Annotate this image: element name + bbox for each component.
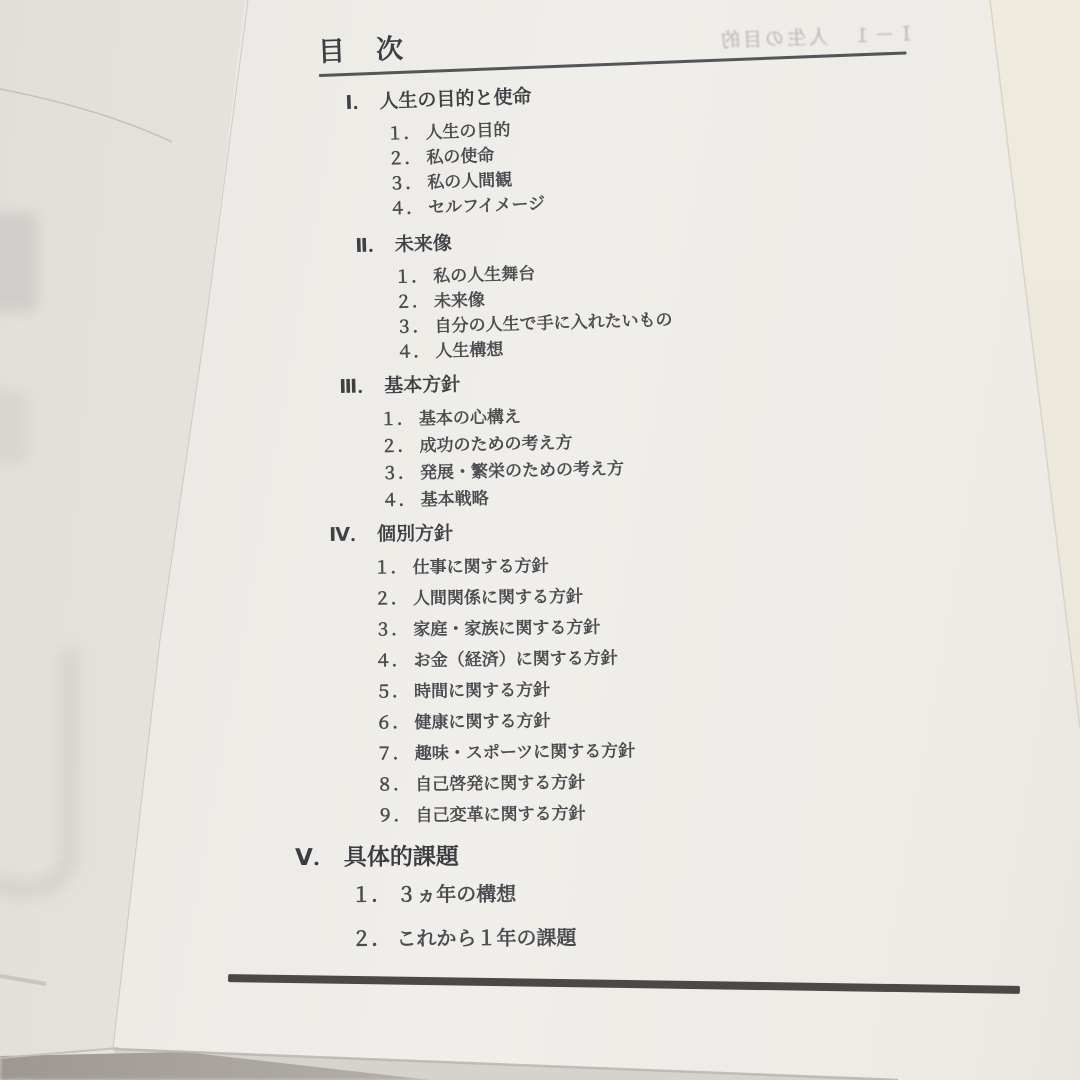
section-items: １．私の人生舞台２．未来像３．自分の人生で手に入れたいもの４．人生構想	[394, 250, 969, 364]
bottom-rule	[228, 974, 1020, 994]
toc-section-3: Ⅲ．基本方針 １．基本の心構え２．成功のための考え方３．発展・繁栄のための考え方…	[339, 362, 968, 513]
toc-item-label: 自己啓発に関する方針	[415, 773, 585, 794]
toc-item-label: 基本戦略	[420, 489, 488, 509]
toc-item: １．３ヵ年の構想	[351, 878, 965, 909]
toc-item-number: １．	[394, 267, 429, 287]
toc-item-label: 自己変革に関する方針	[415, 804, 585, 825]
section-title: 基本方針	[384, 374, 460, 397]
toc-item: ６．健康に関する方針	[375, 704, 967, 734]
toc-item-number: ２．	[351, 928, 391, 950]
section-title: 具体的課題	[344, 843, 459, 870]
toc-item-label: 時間に関する方針	[414, 680, 550, 701]
toc-item-number: １．	[386, 123, 421, 143]
toc-item-label: 人生の目的	[425, 120, 511, 142]
toc-item-label: お金（経済）に関する方針	[414, 648, 618, 669]
section-numeral: Ⅳ．	[329, 525, 369, 546]
toc-item: ４．お金（経済）に関する方針	[375, 642, 967, 672]
toc-item: ５．時間に関する方針	[375, 673, 967, 703]
toc-item-number: ２．	[387, 148, 422, 168]
toc-item: ３．家庭・家族に関する方針	[374, 611, 966, 641]
toc-item-number: ３．	[374, 620, 408, 639]
toc-item-label: 成功のための考え方	[419, 433, 572, 455]
section-items: １．３ヵ年の構想２．これから１年の課題	[351, 878, 965, 953]
toc-item-number: ４．	[396, 342, 431, 362]
toc-section-5: Ⅴ．具体的課題 １．３ヵ年の構想２．これから１年の課題	[295, 838, 966, 954]
toc-item-label: 自分の人生で手に入れたいもの	[434, 310, 672, 336]
toc-item-label: 未来像	[434, 290, 486, 310]
toc-item-number: １．	[380, 409, 414, 429]
section-title: 未来像	[395, 233, 453, 256]
toc-item-number: １．	[351, 884, 391, 906]
section-numeral: Ⅴ．	[295, 844, 336, 870]
page-title: 目 次	[317, 11, 908, 70]
toc-item-label: 発展・繁栄のための考え方	[420, 459, 624, 482]
section-title: 個別方針	[377, 523, 453, 545]
section-items: １．基本の心構え２．成功のための考え方３．発展・繁栄のための考え方４．基本戦略	[380, 396, 968, 512]
section-title: 人生の目的と使命	[379, 87, 532, 113]
toc-item-label: 健康に関する方針	[414, 711, 550, 732]
toc-item-label: 私の人間観	[427, 170, 513, 192]
toc-item-number: ３．	[381, 463, 415, 483]
photo-scene: Ｉ－１ 人生の目的 目 次 Ⅰ．人生の目的と使命 １．人生の目的２．私の使命３．…	[0, 0, 1080, 1080]
bleed-through-mark	[0, 390, 28, 464]
toc-item-number: ２．	[374, 589, 408, 608]
toc-item-number: ４．	[381, 490, 415, 510]
toc-item-label: 私の使命	[426, 146, 495, 167]
toc-item: １．仕事に関する方針	[373, 549, 965, 579]
toc-item-number: ３．	[388, 173, 423, 193]
title-block: 目 次	[317, 11, 908, 77]
toc-item-label: 家庭・家族に関する方針	[413, 618, 600, 639]
toc-item-number: ４．	[375, 651, 409, 670]
section-items: １．人生の目的２．私の使命３．私の人間観４．セルフイメージ	[386, 102, 969, 220]
section-header: Ⅴ．具体的課題	[295, 838, 965, 872]
toc-item-number: ８．	[376, 775, 410, 794]
toc-item-number: ６．	[375, 713, 409, 732]
toc-item-number: １．	[373, 558, 407, 577]
toc-item-number: ４．	[389, 198, 424, 218]
toc-section-2: Ⅱ．未来像 １．私の人生舞台２．未来像３．自分の人生で手に入れたいもの４．人生構…	[355, 217, 968, 365]
toc-item: ２．これから１年の課題	[351, 922, 965, 953]
toc-item-number: ５．	[375, 682, 409, 701]
section-numeral: Ⅱ．	[355, 235, 387, 257]
toc-item-label: 仕事に関する方針	[412, 556, 548, 577]
toc-item-number: ３．	[395, 317, 430, 337]
section-numeral: Ⅰ．	[345, 92, 372, 114]
section-header: Ⅲ．基本方針	[339, 362, 965, 401]
bleed-through-mark	[0, 212, 38, 312]
toc-item-label: セルフイメージ	[428, 194, 546, 217]
toc-item-label: 人生構想	[435, 340, 504, 361]
toc-item-number: ７．	[376, 744, 410, 763]
toc-section-1: Ⅰ．人生の目的と使命 １．人生の目的２．私の使命３．私の人間観４．セルフイメージ	[345, 69, 969, 222]
toc-item-label: 基本の心構え	[419, 407, 521, 428]
toc-item: ８．自己啓発に関する方針	[376, 766, 968, 796]
toc-item: ７．趣味・スポーツに関する方針	[376, 735, 968, 765]
toc-item-number: ２．	[395, 292, 430, 312]
toc-item-label: 趣味・スポーツに関する方針	[415, 741, 636, 763]
toc-content: 目 次 Ⅰ．人生の目的と使命 １．人生の目的２．私の使命３．私の人間観４．セルフ…	[295, 34, 965, 954]
toc-item-label: 私の人生舞台	[433, 264, 535, 286]
toc-item-number: ９．	[376, 806, 410, 825]
section-items: １．仕事に関する方針２．人間関係に関する方針３．家庭・家族に関する方針４．お金（…	[373, 549, 968, 827]
toc-item-label: ３ヵ年の構想	[396, 884, 516, 907]
toc-section-4: Ⅳ．個別方針 １．仕事に関する方針２．人間関係に関する方針３．家庭・家族に関する…	[329, 515, 969, 828]
bleed-through-mark	[0, 650, 78, 897]
section-numeral: Ⅲ．	[339, 376, 376, 398]
toc-item-label: 人間関係に関する方針	[413, 587, 583, 608]
toc-item: ２．人間関係に関する方針	[374, 580, 966, 610]
section-header: Ⅳ．個別方針	[329, 515, 965, 549]
toc-item: ９．自己変革に関する方針	[376, 797, 968, 827]
toc-item-number: ２．	[380, 436, 414, 456]
toc-item-label: これから１年の課題	[396, 928, 576, 951]
